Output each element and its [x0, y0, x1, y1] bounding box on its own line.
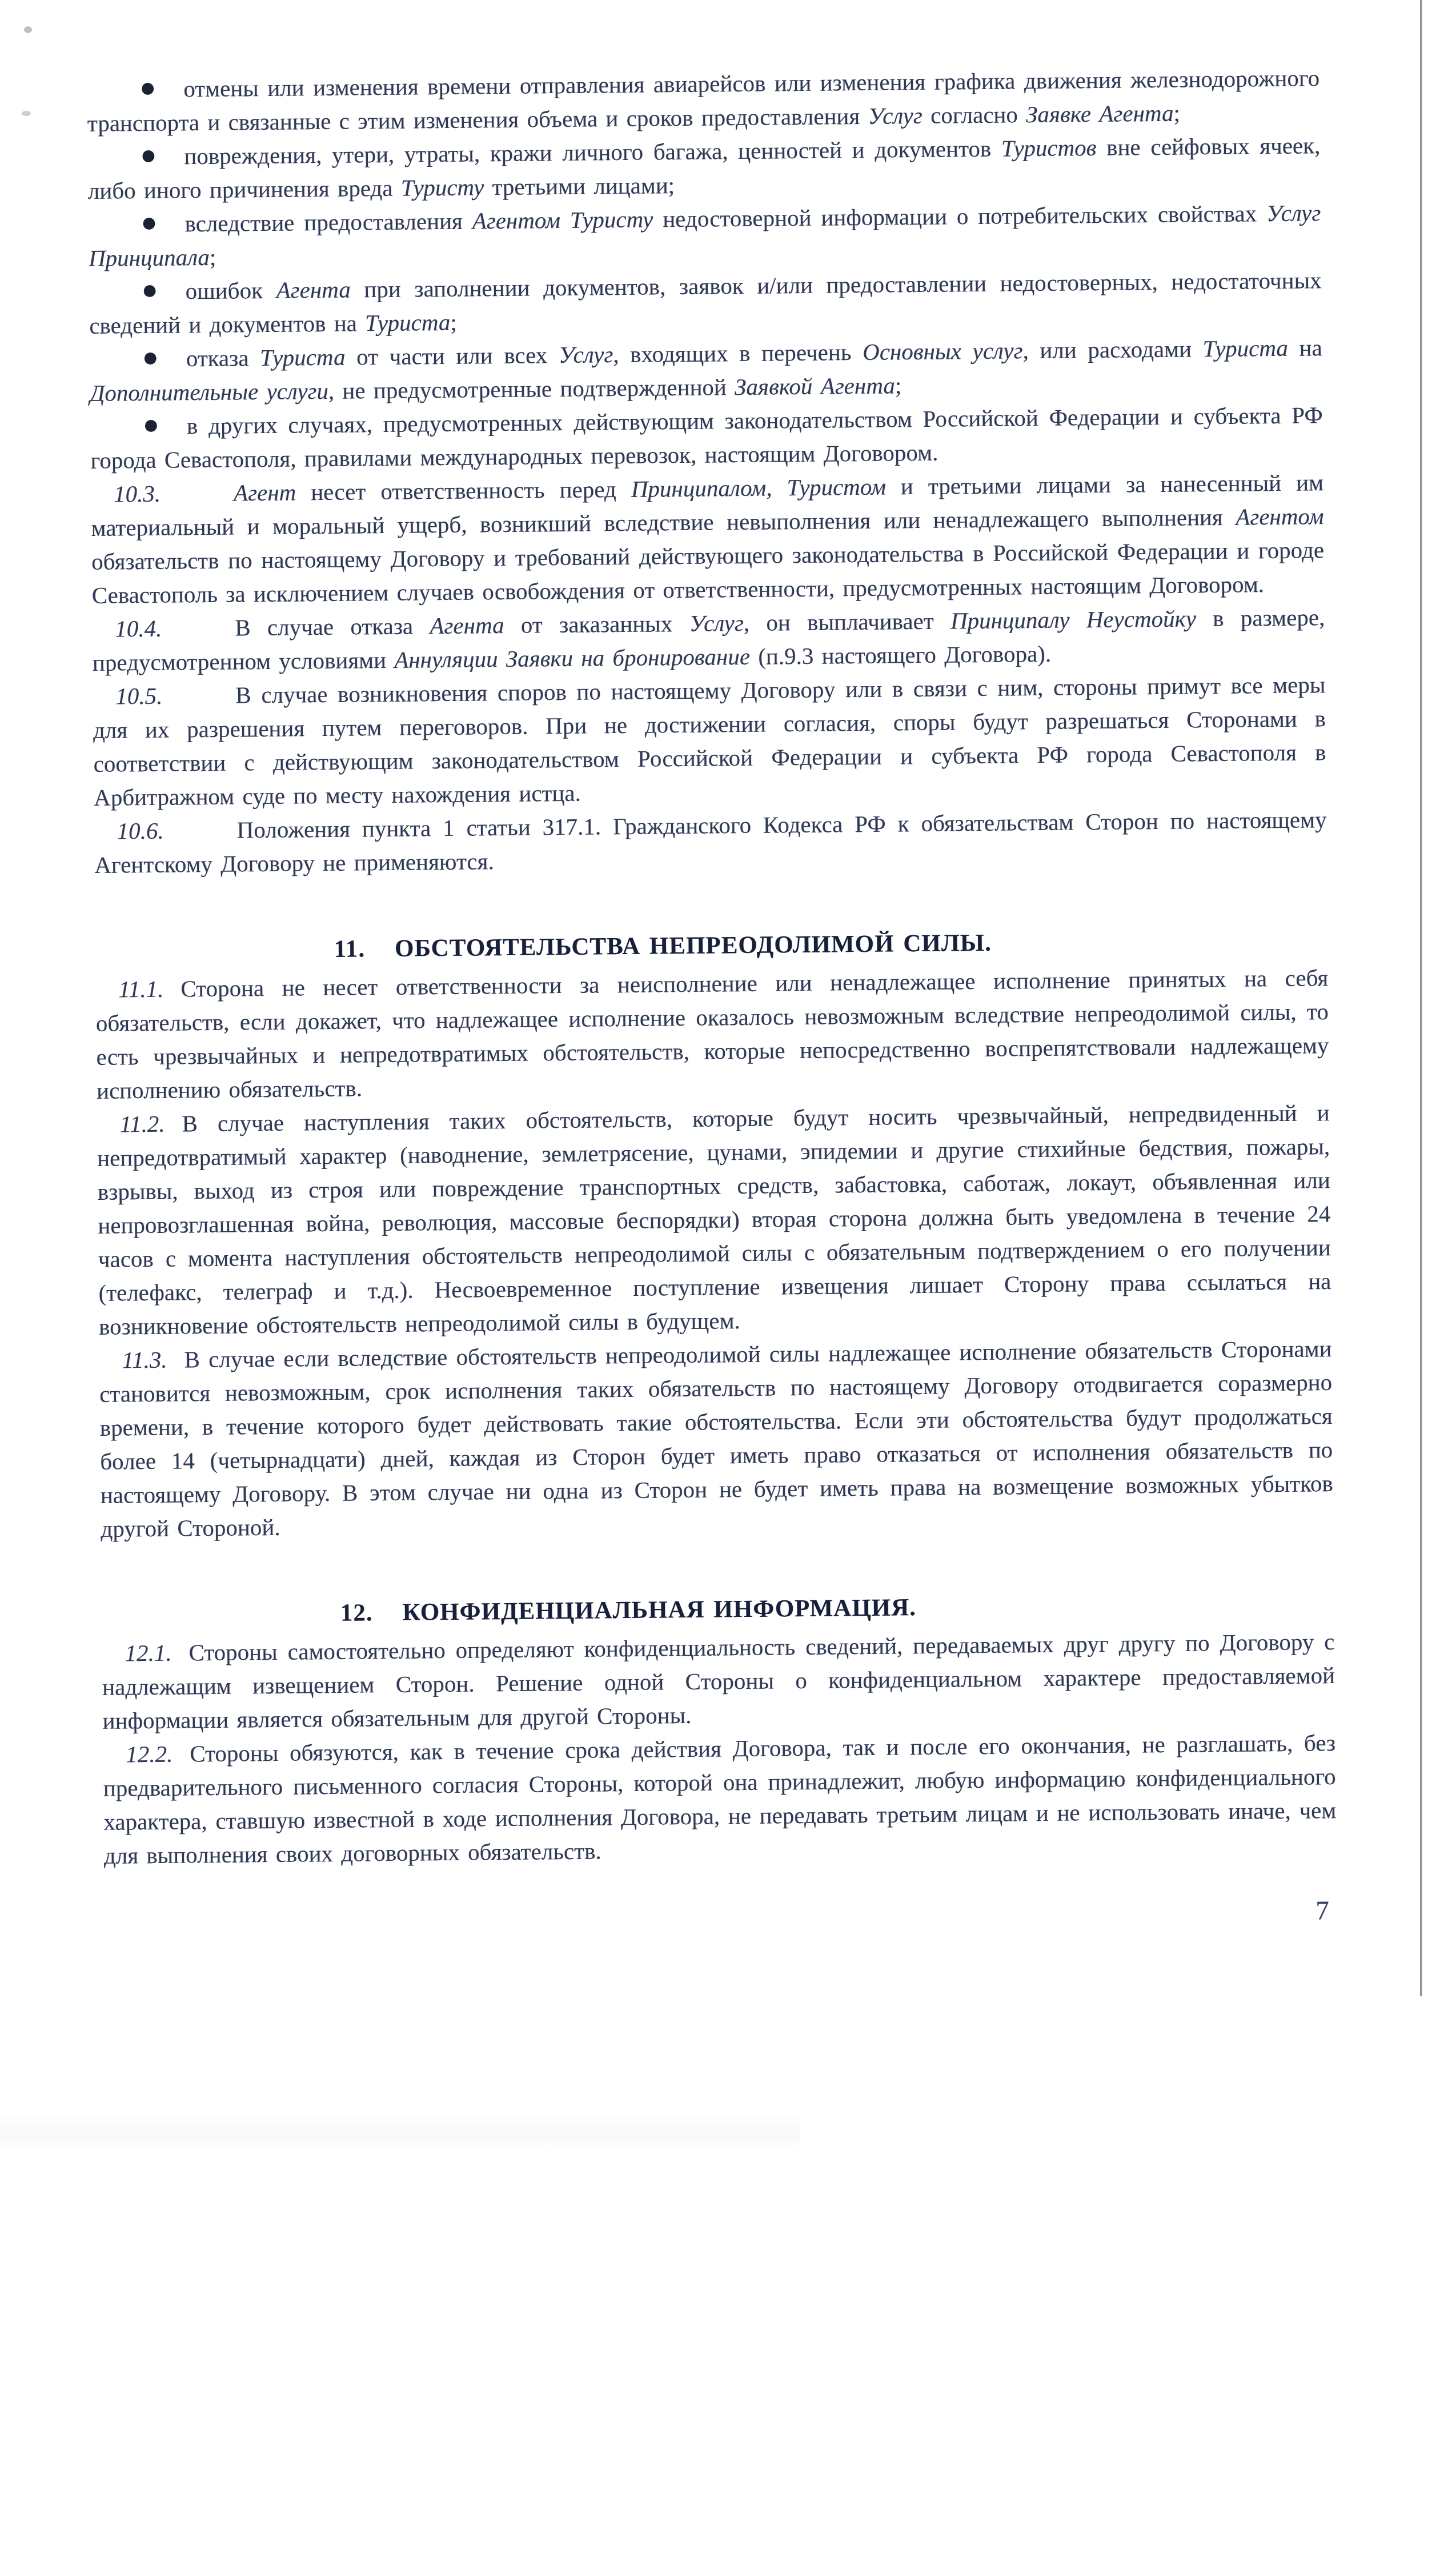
section-heading: 11.ОБСТОЯТЕЛЬСТВА НЕПРЕОДОЛИМОЙ СИЛЫ. — [334, 923, 1327, 966]
body-text: , или расходами — [1022, 335, 1203, 363]
defined-term: Принципалом, Туристом — [631, 474, 887, 502]
bullet-icon — [142, 83, 154, 95]
document-body: отмены или изменения времени отправления… — [87, 61, 1337, 1940]
clause-number: 11.2. — [119, 1111, 165, 1138]
defined-term: Туриста — [365, 309, 451, 336]
defined-term: Туриста — [1202, 335, 1288, 362]
defined-term: Услуг — [868, 102, 922, 129]
body-text: В случае наступления таких обстоятельств… — [97, 1099, 1331, 1340]
numbered-paragraph: 10.5.В случае возникновения споров по на… — [93, 668, 1326, 815]
body-text: Стороны самостоятельно определяют конфид… — [102, 1628, 1335, 1734]
defined-term: Принципалу Неустойку — [950, 605, 1196, 634]
defined-term: Агент — [234, 479, 296, 506]
bullet-icon — [145, 353, 157, 365]
body-text: вследствие предоставления — [184, 208, 472, 237]
body-text: недостоверной информации о потребительск… — [653, 200, 1266, 232]
body-text: несет ответственность перед — [296, 476, 631, 506]
numbered-paragraph: 11.2.В случае наступления таких обстояте… — [97, 1096, 1331, 1344]
clause-number: 11.3. — [122, 1347, 167, 1373]
body-text: ошибок — [185, 277, 276, 305]
numbered-paragraph: 12.2.Стороны обязуются, как в течение ср… — [103, 1726, 1337, 1873]
body-text: (п.9.3 настоящего Договора). — [750, 640, 1052, 670]
defined-term: Туристу — [401, 174, 484, 201]
body-text: Сторона не несет ответственности за неис… — [96, 964, 1329, 1104]
clause-number: 12.2. — [126, 1741, 173, 1768]
page-number: 7 — [105, 1894, 1337, 1940]
section-title: ОБСТОЯТЕЛЬСТВА НЕПРЕОДОЛИМОЙ СИЛЫ. — [395, 930, 992, 962]
body-text: ; — [210, 244, 216, 270]
defined-term: Услуг — [559, 341, 613, 368]
defined-term: Заявке Агента — [1026, 100, 1174, 127]
bullet-icon — [144, 285, 156, 297]
scan-speck — [24, 26, 32, 33]
scan-speck — [22, 111, 31, 116]
bullet-item: повреждения, утери, утраты, кражи личног… — [87, 129, 1321, 208]
body-text: в других случаях, предусмотренных действ… — [90, 402, 1323, 474]
defined-term: Туриста — [260, 344, 346, 371]
body-text: отказа — [186, 345, 260, 371]
clause-number: 10.3. — [114, 480, 161, 507]
body-text: от части или всех — [345, 342, 559, 370]
defined-term: Дополнительные услуги — [90, 378, 328, 406]
defined-term: Агента — [276, 277, 351, 303]
bullet-item: отмены или изменения времени отправления… — [87, 61, 1320, 141]
defined-term: Основных услуг — [863, 337, 1023, 365]
numbered-paragraph: 12.1.Стороны самостоятельно определяют к… — [102, 1625, 1335, 1738]
bullet-item: в других случаях, предусмотренных действ… — [90, 398, 1323, 478]
document-page: отмены или изменения времени отправления… — [0, 0, 1456, 2571]
bullet-item: вследствие предоставления Агентом Турист… — [88, 196, 1321, 275]
body-text: повреждения, утери, утраты, кражи личног… — [184, 135, 1001, 170]
section-heading: 12.КОНФИДЕНЦИАЛЬНАЯ ИНФОРМАЦИЯ. — [340, 1587, 1334, 1630]
defined-term: Агентом Туристу — [472, 206, 653, 234]
body-text: В случае возникновения споров по настоящ… — [93, 671, 1326, 811]
body-text: , он выплачивает — [744, 608, 951, 636]
numbered-paragraph: 11.3.В случае если вследствие обстоятель… — [99, 1332, 1333, 1546]
bullet-item: отказа Туриста от части или всех Услуг, … — [90, 331, 1323, 410]
body-text: В случае если вследствие обстоятельств н… — [99, 1335, 1333, 1542]
defined-term: Агентом — [1236, 503, 1324, 530]
body-text: ; — [450, 309, 457, 335]
defined-term: Туристов — [1001, 134, 1097, 162]
body-text: ; — [1173, 100, 1180, 126]
body-text: третьими лицами; — [484, 172, 675, 200]
body-text: , входящих в перечень — [613, 339, 863, 367]
clause-number: 10.6. — [117, 818, 164, 844]
defined-term: Аннуляции Заявки на бронирование — [394, 643, 750, 673]
body-text: , не предусмотренные подтвержденной — [328, 374, 735, 404]
body-text: Положения пункта 1 статьи 317.1. Граждан… — [94, 806, 1327, 878]
section-number: 12. — [340, 1599, 373, 1627]
bullet-icon — [145, 420, 157, 432]
clause-number: 12.1. — [125, 1640, 171, 1667]
body-text: от заказанных — [504, 610, 689, 638]
numbered-paragraph: 10.3.Агент несет ответственность перед П… — [91, 466, 1325, 612]
numbered-paragraph: 10.6.Положения пункта 1 статьи 317.1. Гр… — [94, 803, 1327, 882]
body-text: на — [1288, 334, 1322, 361]
clause-number: 10.4. — [115, 615, 162, 642]
scan-shade — [0, 2114, 800, 2154]
section-number: 11. — [334, 935, 366, 963]
numbered-paragraph: 11.1.Сторона не несет ответственности за… — [95, 961, 1329, 1108]
defined-term: Заявкой Агента — [735, 372, 895, 400]
section-title: КОНФИДЕНЦИАЛЬНАЯ ИНФОРМАЦИЯ. — [402, 1594, 916, 1626]
bullet-item: ошибок Агента при заполнении документов,… — [89, 263, 1322, 343]
bullet-icon — [142, 150, 154, 162]
body-text: В случае отказа — [235, 612, 430, 640]
numbered-paragraph: 10.4.В случае отказа Агента от заказанны… — [92, 600, 1325, 680]
body-text: Стороны обязуются, как в течение срока д… — [103, 1729, 1337, 1869]
body-text: ; — [895, 372, 902, 398]
clause-number: 11.1. — [118, 976, 163, 1003]
body-text: обязательств по настоящему Договору и тр… — [91, 536, 1324, 608]
scan-edge-line — [1420, 0, 1422, 1996]
body-text: согласно — [922, 101, 1026, 129]
defined-term: Агента — [430, 612, 504, 639]
clause-number: 10.5. — [115, 683, 162, 710]
defined-term: Услуг — [689, 610, 744, 636]
bullet-icon — [143, 218, 155, 230]
